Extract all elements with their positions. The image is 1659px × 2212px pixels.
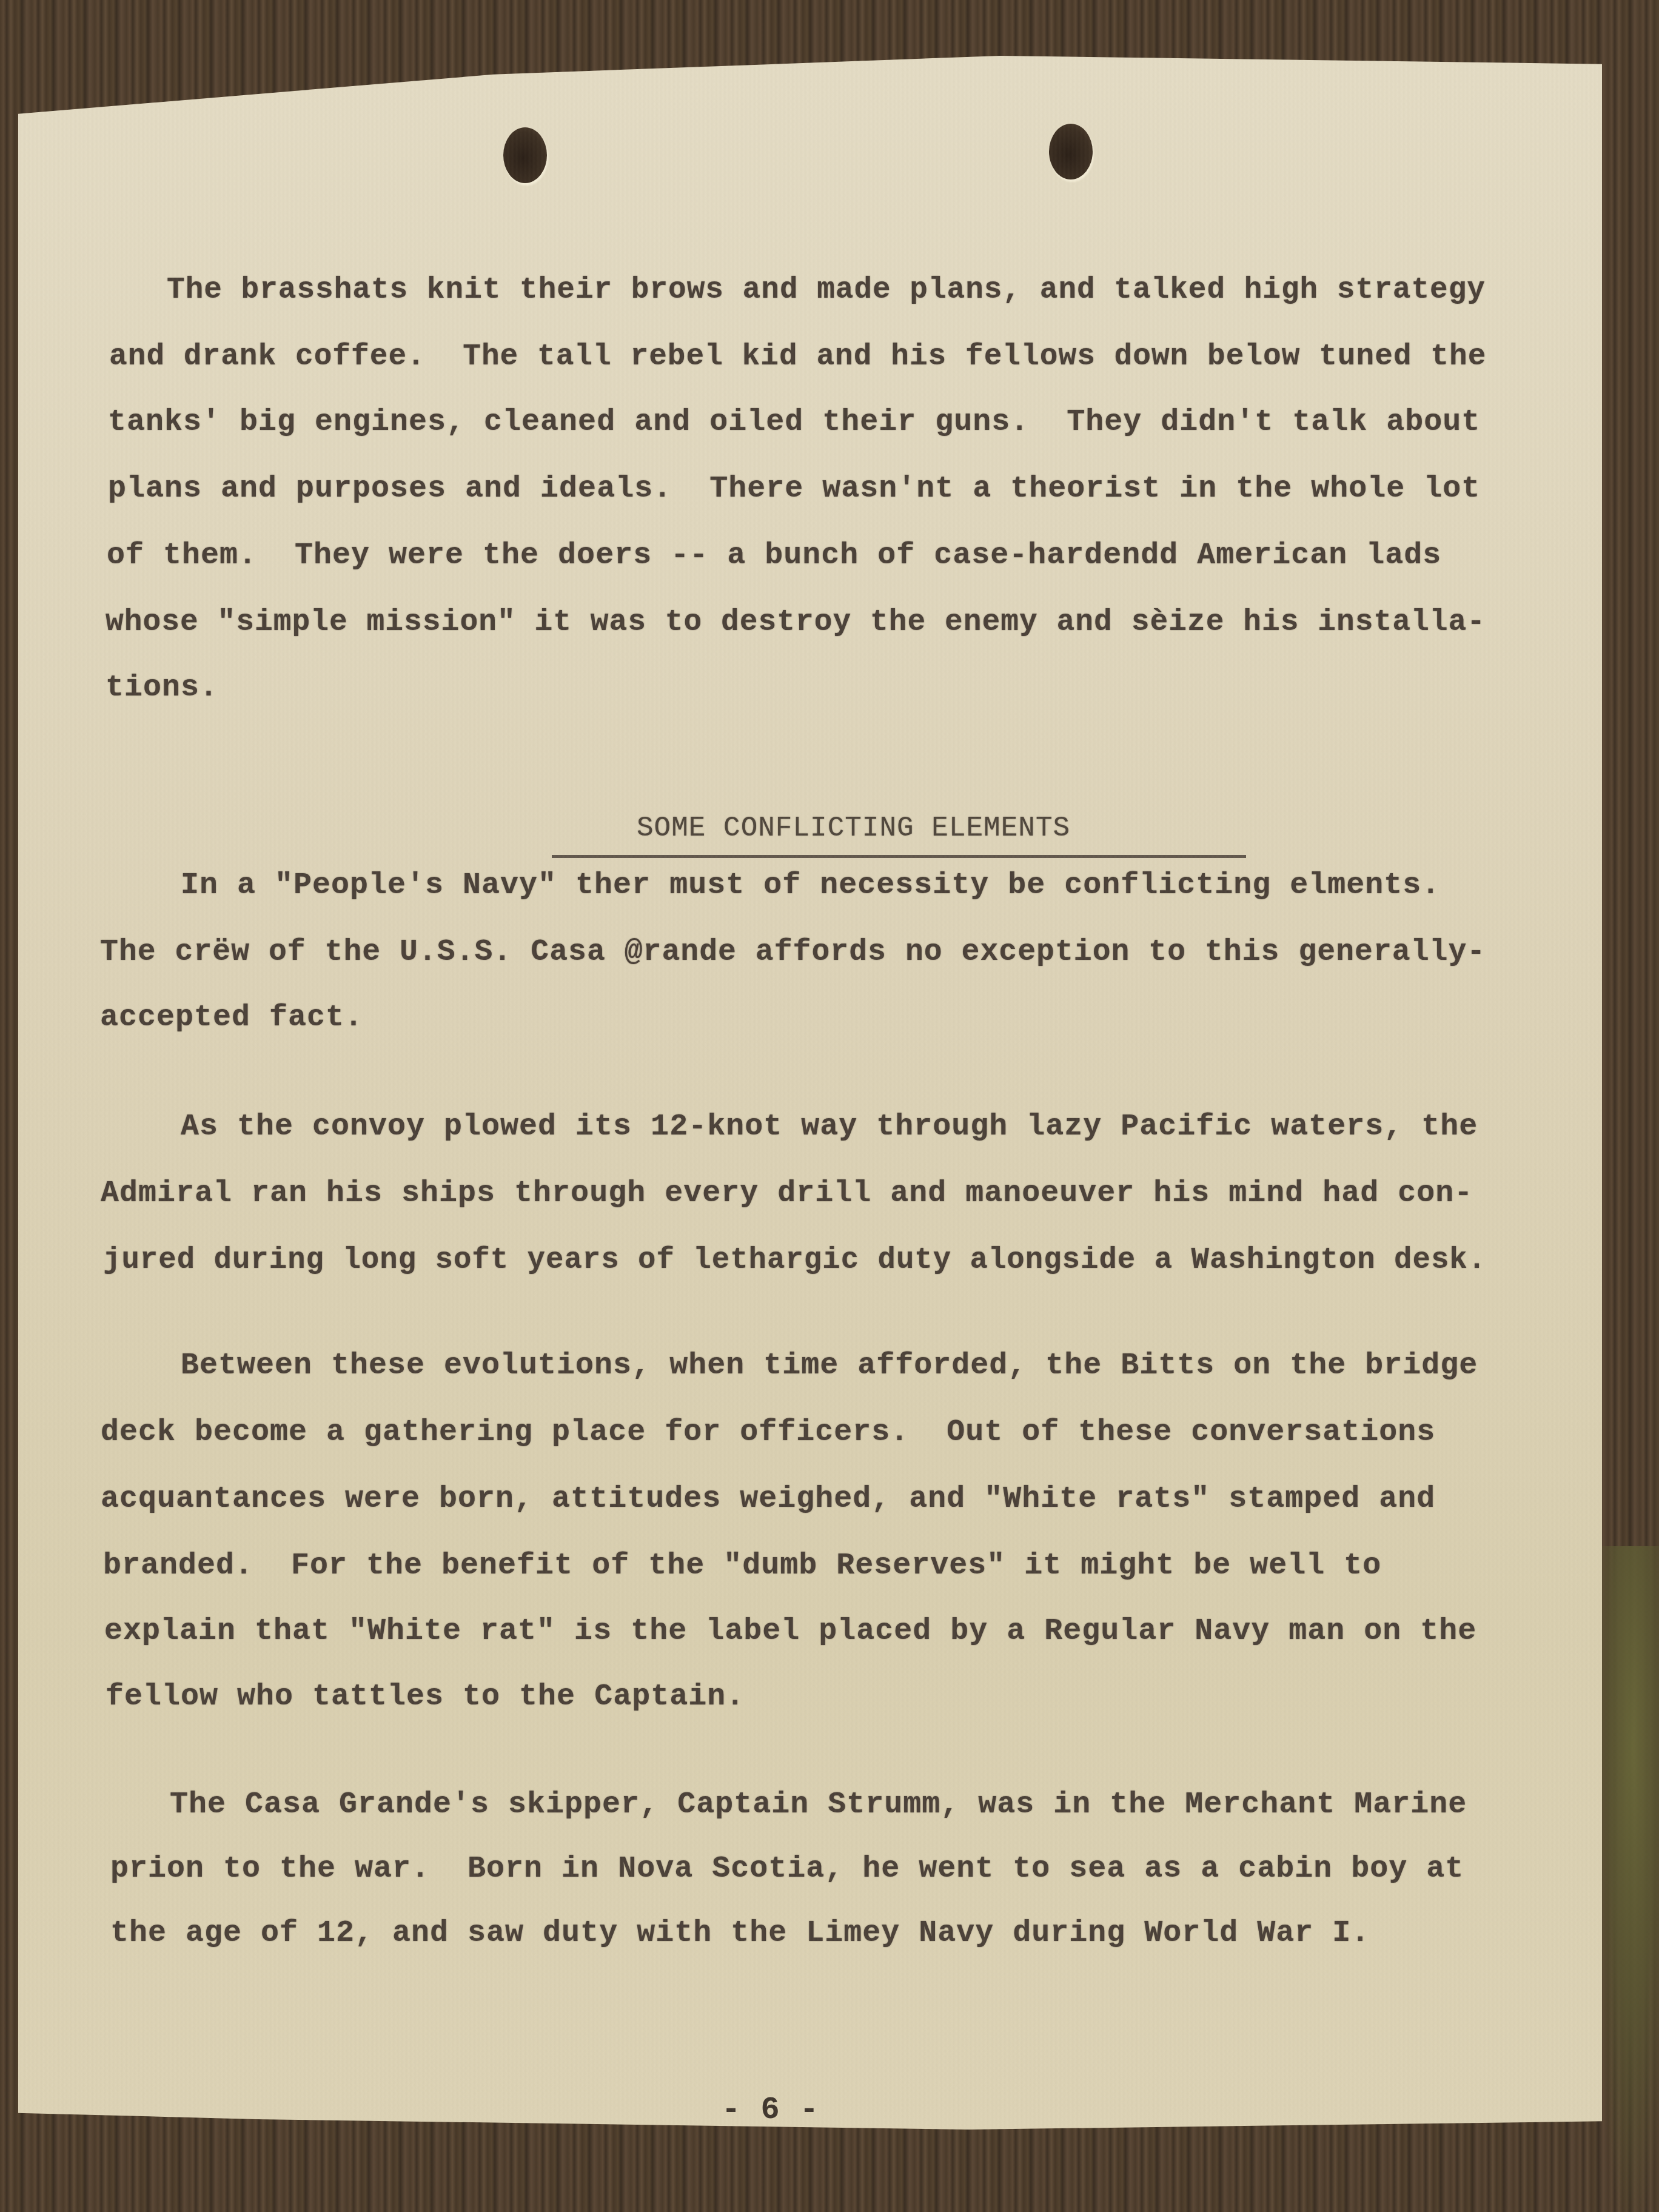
text-line: Between these evolutions, when time affo…: [181, 1349, 1478, 1383]
text-line: tions.: [106, 671, 218, 705]
text-line: branded. For the benefit of the "dumb Re…: [103, 1549, 1381, 1583]
text-line: plans and purposes and ideals. There was…: [108, 472, 1480, 506]
page-text: The brasshats knit their brows and made …: [18, 56, 1602, 2130]
text-line: prion to the war. Born in Nova Scotia, h…: [110, 1852, 1464, 1886]
text-line: tanks' big engines, cleaned and oiled th…: [108, 405, 1480, 440]
text-line: In a "People's Navy" ther must of necess…: [181, 868, 1440, 903]
text-line: The Casa Grande's skipper, Captain Strum…: [170, 1788, 1467, 1822]
text-line: jured during long soft years of lethargi…: [103, 1243, 1486, 1278]
table-surface-stain: [1592, 1546, 1659, 2212]
text-line: As the convoy plowed its 12-knot way thr…: [181, 1110, 1478, 1144]
text-line: explain that "White rat" is the label pl…: [104, 1614, 1476, 1649]
text-line: of them. They were the doers -- a bunch …: [107, 538, 1441, 573]
text-line: fellow who tattles to the Captain.: [106, 1680, 745, 1714]
text-line: and drank coffee. The tall rebel kid and…: [109, 340, 1486, 374]
text-line: acquantances were born, attitudes weighe…: [101, 1482, 1435, 1517]
text-line: the age of 12, and saw duty with the Lim…: [110, 1916, 1370, 1951]
section-heading: SOME CONFLICTING ELEMENTS: [637, 813, 1070, 844]
text-line: deck become a gathering place for office…: [101, 1415, 1435, 1450]
heading-underline: [552, 855, 1246, 858]
text-line: The crëw of the U.S.S. Casa @rande affor…: [100, 935, 1486, 970]
text-line: Admiral ran his ships through every dril…: [101, 1176, 1473, 1211]
text-line: accepted fact.: [100, 1000, 363, 1035]
page-number: - 6 -: [722, 2092, 819, 2128]
typewritten-page: The brasshats knit their brows and made …: [18, 56, 1602, 2130]
text-line: whose "simple mission" it was to destroy…: [106, 605, 1486, 640]
text-line: The brasshats knit their brows and made …: [167, 273, 1486, 307]
